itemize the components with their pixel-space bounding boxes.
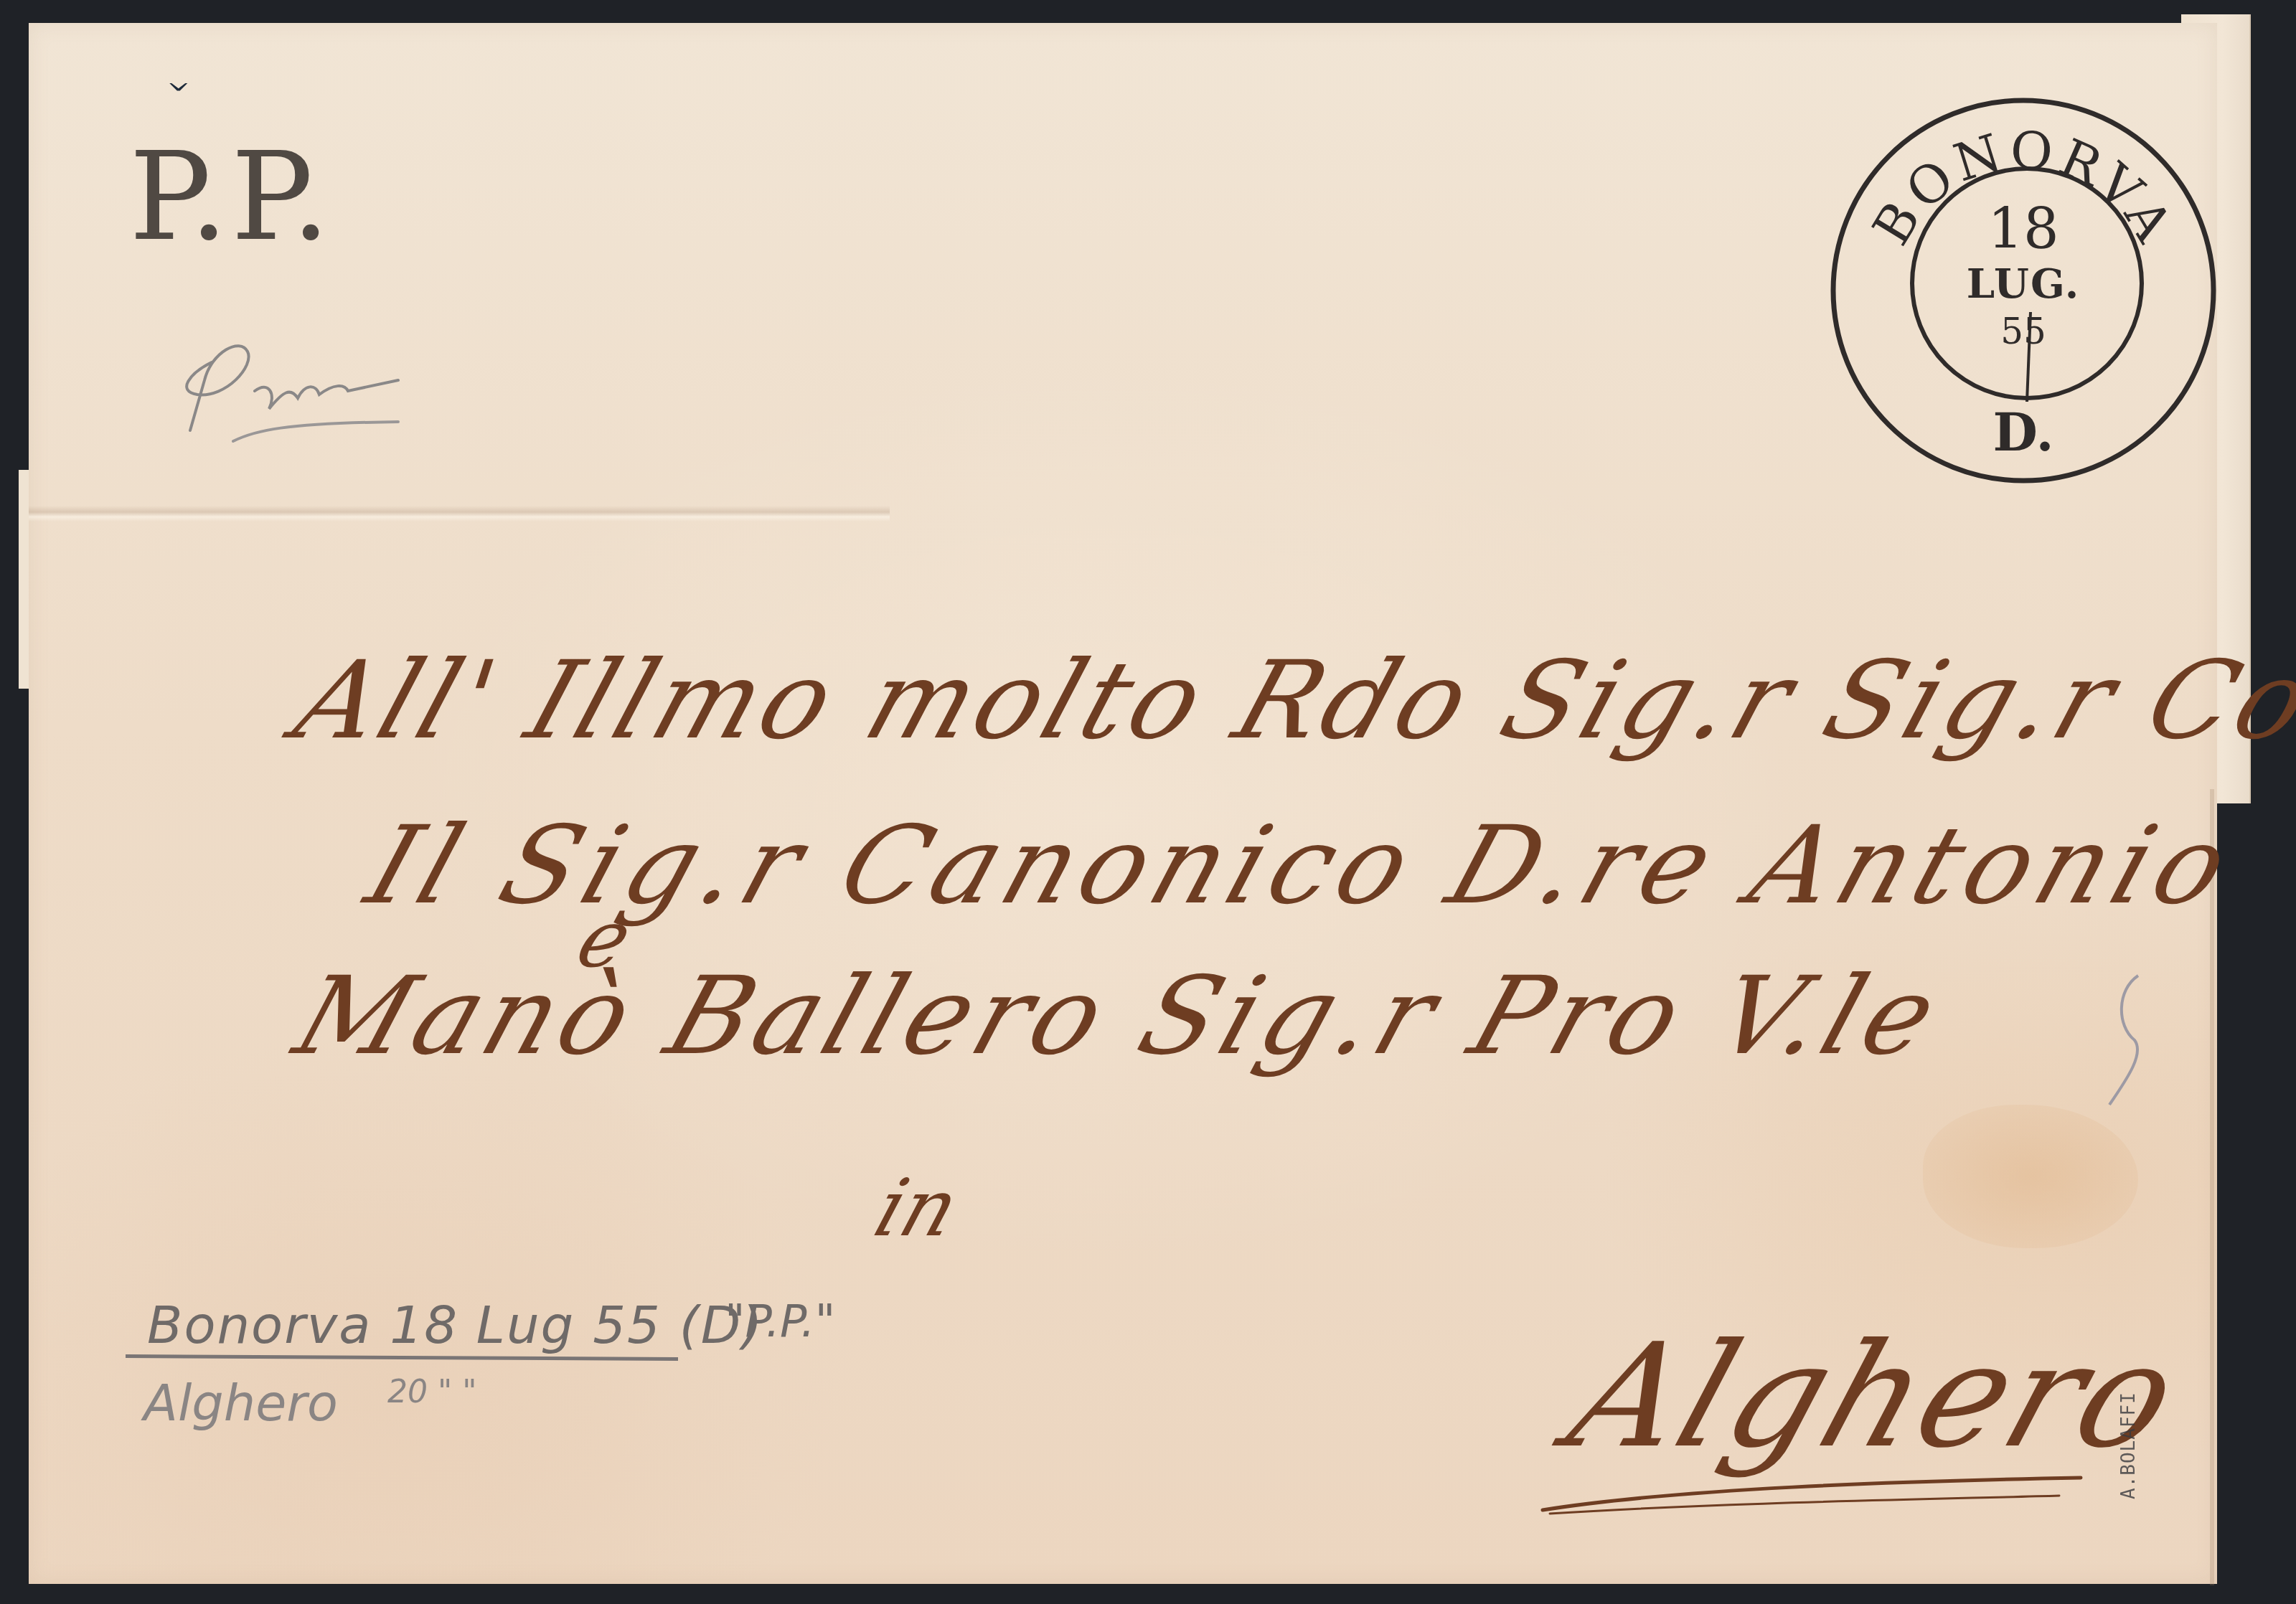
address-destination: Alghero bbox=[1551, 1313, 2199, 1480]
bonorva-datestamp: BONORVA 18 LUG. 55 D. bbox=[1822, 82, 2224, 484]
fold-crease bbox=[29, 506, 890, 522]
pencil-note-pp: "P.P." bbox=[725, 1295, 835, 1347]
pencil-scribble bbox=[161, 323, 420, 445]
datestamp-year: 55 bbox=[1822, 311, 2224, 352]
pencil-note-destination: Alghero bbox=[143, 1374, 338, 1433]
destination-flourish bbox=[1535, 1474, 2095, 1517]
pp-handstamp: P.P. bbox=[129, 136, 333, 258]
address-line-1: All' Illmo molto Rdo Sig.r Sig.r Colmo bbox=[281, 638, 2296, 763]
address-line-3: Manò Ballero Sig.r Pro V.le bbox=[281, 954, 1957, 1079]
datestamp-day: 18 bbox=[1822, 197, 2224, 262]
datestamp-month: LUG. bbox=[1822, 260, 2224, 308]
faint-pencil-mark bbox=[2095, 961, 2160, 1162]
pencil-note-origin: Bonorva 18 Lug 55 (D) bbox=[147, 1295, 763, 1355]
cover-scan: ^ P.P. BONORVA 18 LUG. 55 D. All' Illmo … bbox=[0, 0, 2296, 1604]
datestamp-suffix: D. bbox=[1822, 402, 2224, 463]
pencil-note-destination-date: 20 " " bbox=[387, 1374, 476, 1410]
ink-tick-mark: ^ bbox=[166, 63, 191, 96]
expert-signature-stamp: A.BOLAFFI bbox=[2118, 1392, 2140, 1499]
